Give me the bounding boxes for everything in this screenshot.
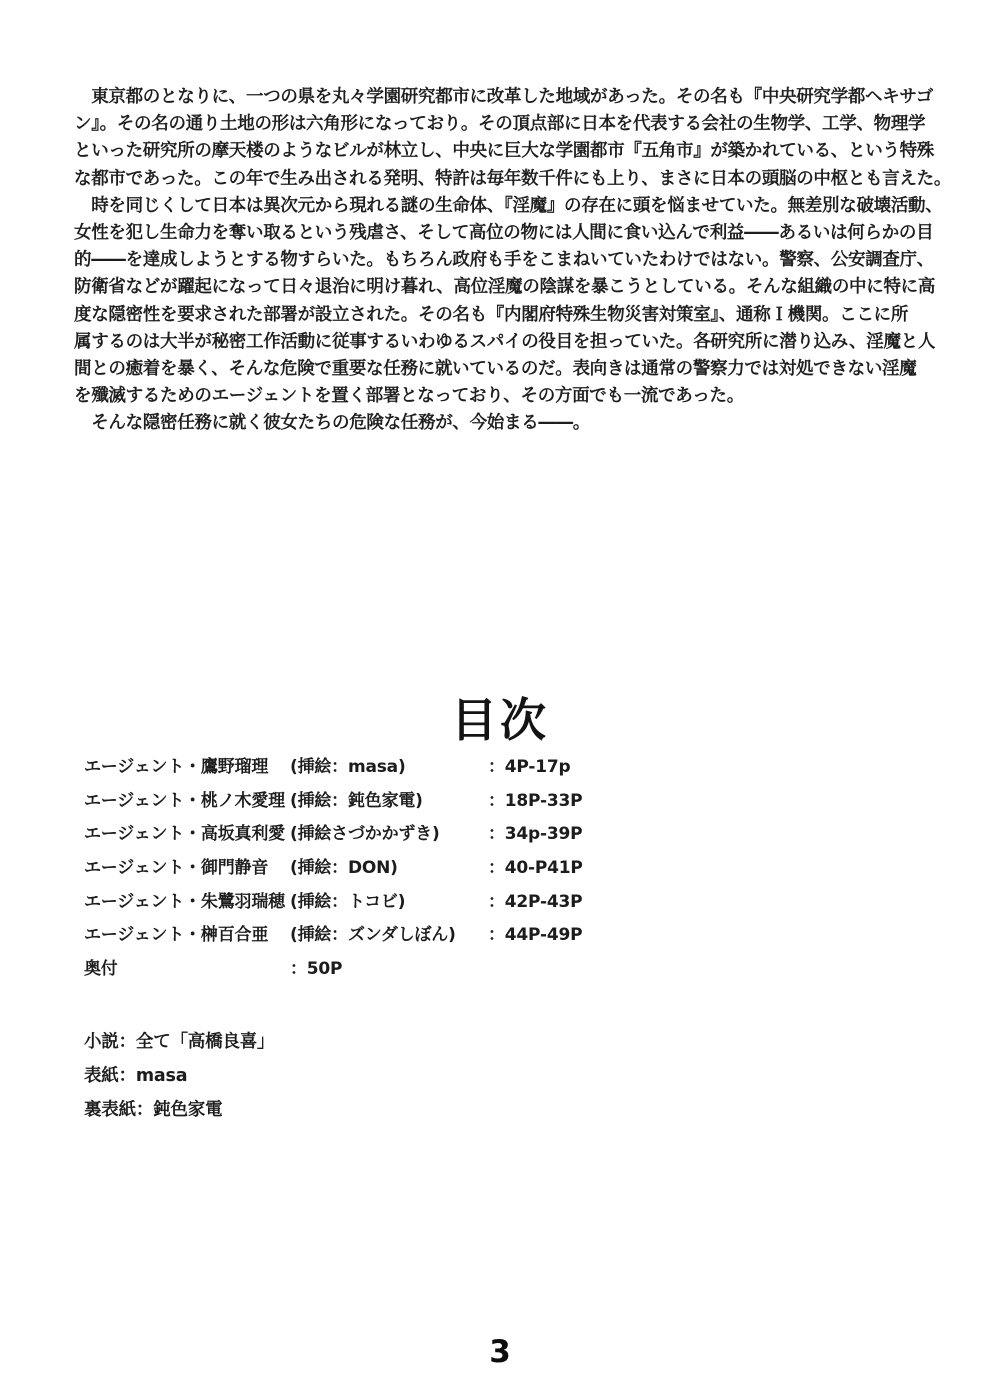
colophon-page: ：50P (290, 954, 342, 979)
page-range: ：34p-39P (488, 819, 582, 844)
agent-name: エージェント・榊百合亜 (84, 920, 268, 945)
toc-row: エージェント・高坂真利愛 (挿絵さづかかずき) ：34p-39P (84, 819, 924, 853)
page-range: ：44P-49P (488, 920, 582, 945)
toc-row-colophon: 奥付 ：50P (84, 954, 924, 988)
illustration-credit: (挿絵：masa) (290, 752, 406, 777)
intro-line: 防衛省などが躍起になって日々退治に明け暮れ、高位淫魔の陰謀を暴こうとしている。そ… (74, 274, 954, 301)
illustration-credit: (挿絵：鈍色家電) (290, 786, 423, 811)
colophon-label: 奥付 (84, 954, 118, 979)
intro-line: ン』。その名の通り土地の形は六角形になっており。その頂点部に日本を代表する会社の… (74, 111, 954, 138)
intro-line: 女性を犯し生命力を奪い取るという残虐さ、そして高位の物には人間に食い込んで利益―… (74, 220, 954, 247)
intro-line: といった研究所の摩天楼のようなビルが林立し、中央に巨大な学園都市『五角市』が築か… (74, 138, 954, 165)
toc-row: エージェント・朱鷺羽瑞穂 (挿絵：トコビ) ：42P-43P (84, 887, 924, 921)
page-range: ：40-P41P (488, 853, 583, 878)
intro-line: そんな隠密任務に就く彼女たちの危険な任務が、今始まる――。 (74, 410, 954, 437)
toc-title: 目次 (0, 684, 1000, 750)
page-range: ：42P-43P (488, 887, 582, 912)
toc-list: エージェント・鷹野瑠理 (挿絵：masa) ：4P-17p エージェント・桃ノ木… (84, 752, 924, 988)
intro-line: 的――を達成しようとする物すらいた。もちろん政府も手をこまねいていたわけではない… (74, 247, 954, 274)
agent-name: エージェント・鷹野瑠理 (84, 752, 268, 777)
agent-name: エージェント・朱鷺羽瑞穂 (84, 887, 285, 912)
intro-line: を殲滅するためのエージェントを置く部署となっており、その方面でも一流であった。 (74, 383, 954, 410)
intro-text: 東京都のとなりに、一つの県を丸々学園研究都市に改革した地域があった。その名も『中… (74, 84, 954, 438)
intro-line: 時を同じくして日本は異次元から現れる謎の生命体、『淫魔』の存在に頭を悩ませていた… (74, 193, 954, 220)
intro-line: 間との癒着を暴く、そんな危険で重要な任務に就いているのだ。表向きは通常の警察力で… (74, 356, 954, 383)
intro-line: な都市であった。この年で生み出される発明、特許は毎年数千件にも上り、まさに日本の… (74, 166, 954, 193)
intro-line: 東京都のとなりに、一つの県を丸々学園研究都市に改革した地域があった。その名も『中… (74, 84, 954, 111)
agent-name: エージェント・御門静音 (84, 853, 268, 878)
illustration-credit: (挿絵：ズンダしぼん) (290, 920, 456, 945)
toc-row: エージェント・桃ノ木愛理 (挿絵：鈍色家電) ：18P-33P (84, 786, 924, 820)
toc-row: エージェント・鷹野瑠理 (挿絵：masa) ：4P-17p (84, 752, 924, 786)
page-number: 3 (0, 1334, 1000, 1370)
intro-line: 度な隠密性を要求された部署が設立された。その名も『内閣府特殊生物災害対策室』、通… (74, 302, 954, 329)
page-range: ：18P-33P (488, 786, 582, 811)
page-range: ：4P-17p (488, 752, 570, 777)
credit-novel: 小説：全て「高橋良喜」 (84, 1028, 274, 1062)
toc-row: エージェント・御門静音 (挿絵：DON) ：40-P41P (84, 853, 924, 887)
credit-cover: 表紙：masa (84, 1062, 274, 1096)
illustration-credit: (挿絵さづかかずき) (290, 819, 440, 844)
illustration-credit: (挿絵：トコビ) (290, 887, 405, 912)
agent-name: エージェント・桃ノ木愛理 (84, 786, 285, 811)
illustration-credit: (挿絵：DON) (290, 853, 398, 878)
credit-back-cover: 裏表紙：鈍色家電 (84, 1096, 274, 1130)
toc-row: エージェント・榊百合亜 (挿絵：ズンダしぼん) ：44P-49P (84, 920, 924, 954)
credits-block: 小説：全て「高橋良喜」 表紙：masa 裏表紙：鈍色家電 (84, 1028, 274, 1129)
intro-line: 属するのは大半が秘密工作活動に従事するいわゆるスパイの役目を担っていた。各研究所… (74, 329, 954, 356)
agent-name: エージェント・高坂真利愛 (84, 819, 285, 844)
